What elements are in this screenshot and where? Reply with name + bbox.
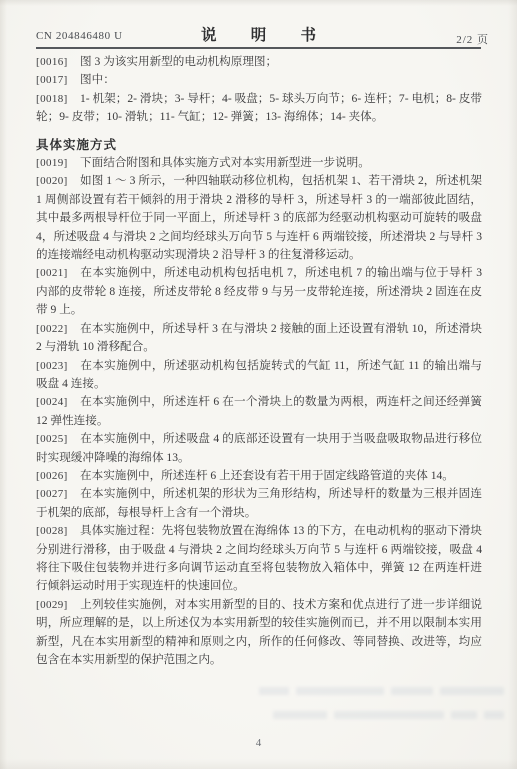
paragraph-tag: [0029] (36, 596, 80, 614)
paragraph-0018: [0018]1- 机架；2- 滑块；3- 导杆；4- 吸盘；5- 球头万向节；6… (36, 90, 482, 127)
header-rule (36, 47, 481, 49)
paragraph-tag: [0027] (36, 485, 80, 503)
paragraph-text: 图中： (80, 73, 115, 86)
paragraph-0023: [0023]在本实施例中，所述驱动机构包括旋转式的气缸 11，所述气缸 11 的… (36, 357, 482, 394)
paragraph-0028: [0028]具体实施过程：先将包装物放置在海绵体 13 的下方，在电动机构的驱动… (36, 522, 482, 596)
paragraph-text: 在本实施例中，所述连杆 6 上还套设有若干用于固定线路管道的夹体 14。 (80, 469, 454, 482)
page-number: 4 (256, 737, 262, 749)
paragraph-tag: [0018] (36, 90, 80, 108)
section-heading: 具体实施方式 (36, 136, 482, 154)
paragraph-tag: [0026] (36, 467, 80, 485)
paragraph-text: 在本实施例中，所述驱动机构包括旋转式的气缸 11，所述气缸 11 的输出端与吸盘… (36, 359, 482, 390)
paragraph-0024: [0024]在本实施例中，所述连杆 6 在一个滑块上的数量为两根，两连杆之间还经… (36, 393, 482, 430)
paragraph-tag: [0017] (36, 71, 80, 89)
patent-specification-page: CN 204846480 U 说 明 书 2/2 页 [0016]图 3 为该实… (0, 0, 517, 769)
page-indicator: 2/2 页 (456, 31, 489, 47)
paragraph-0026: [0026]在本实施例中，所述连杆 6 上还套设有若干用于固定线路管道的夹体 1… (36, 467, 482, 485)
paragraph-0021: [0021]在本实施例中，所述电动机构包括电机 7，所述电机 7 的输出端与位于… (36, 264, 482, 319)
paragraph-text: 上列较佳实施例，对本实用新型的目的、技术方案和优点进行了进一步详细说明，所应理解… (36, 598, 482, 666)
paragraph-text: 在本实施例中，所述连杆 6 在一个滑块上的数量为两根，两连杆之间还经弹簧 12 … (36, 395, 482, 426)
paragraph-tag: [0020] (36, 172, 80, 190)
paragraph-tag: [0022] (36, 320, 80, 338)
paragraph-text: 如图 1 ～ 3 所示，一种四轴联动移位机构，包括机架 1、若干滑块 2，所述机… (36, 174, 482, 261)
paragraph-0017: [0017]图中： (36, 71, 482, 89)
paragraph-tag: [0025] (36, 430, 80, 448)
paragraph-tag: [0019] (36, 154, 80, 172)
paragraph-text: 在本实施例中，所述导杆 3 在与滑块 2 接触的面上还设置有滑轨 10，所述滑块… (36, 322, 482, 353)
paragraph-tag: [0016] (36, 53, 80, 71)
paragraph-0025: [0025]在本实施例中，所述吸盘 4 的底部还设置有一块用于当吸盘吸取物品进行… (36, 430, 482, 467)
paragraph-tag: [0024] (36, 393, 80, 411)
bleed-through-artifact (252, 687, 504, 719)
specification-body: [0016]图 3 为该实用新型的电动机构原理图； [0017]图中： [001… (36, 53, 482, 669)
paragraph-text: 1- 机架；2- 滑块；3- 导杆；4- 吸盘；5- 球头万向节；6- 连杆；7… (36, 92, 482, 123)
paragraph-0019: [0019]下面结合附图和具体实施方式对本实用新型进一步说明。 (36, 154, 482, 172)
document-title: 说 明 书 (186, 23, 331, 45)
paragraph-0022: [0022]在本实施例中，所述导杆 3 在与滑块 2 接触的面上还设置有滑轨 1… (36, 320, 482, 357)
document-number: CN 204846480 U (36, 30, 123, 42)
paragraph-text: 下面结合附图和具体实施方式对本实用新型进一步说明。 (80, 156, 370, 169)
paragraph-text: 具体实施过程：先将包装物放置在海绵体 13 的下方，在电动机构的驱动下滑块分别进… (36, 524, 482, 592)
paragraph-text: 在本实施例中，所述电动机构包括电机 7，所述电机 7 的输出端与位于导杆 3 内… (36, 266, 482, 316)
paragraph-tag: [0023] (36, 357, 80, 375)
paragraph-tag: [0028] (36, 522, 80, 540)
bleed-through-line (252, 687, 504, 695)
paragraph-0020: [0020]如图 1 ～ 3 所示，一种四轴联动移位机构，包括机架 1、若干滑块… (36, 172, 482, 264)
paragraph-tag: [0021] (36, 264, 80, 282)
bleed-through-line (252, 711, 504, 719)
paragraph-text: 在本实施例中，所述机架的形状为三角形结构，所述导杆的数量为三根并固连于机架的底部… (36, 487, 482, 518)
paragraph-text: 在本实施例中，所述吸盘 4 的底部还设置有一块用于当吸盘吸取物品进行移位时实现缓… (36, 432, 482, 463)
paragraph-0029: [0029]上列较佳实施例，对本实用新型的目的、技术方案和优点进行了进一步详细说… (36, 596, 482, 670)
paragraph-text: 图 3 为该实用新型的电动机构原理图； (80, 55, 277, 68)
paragraph-0016: [0016]图 3 为该实用新型的电动机构原理图； (36, 53, 482, 71)
paragraph-0027: [0027]在本实施例中，所述机架的形状为三角形结构，所述导杆的数量为三根并固连… (36, 485, 482, 522)
